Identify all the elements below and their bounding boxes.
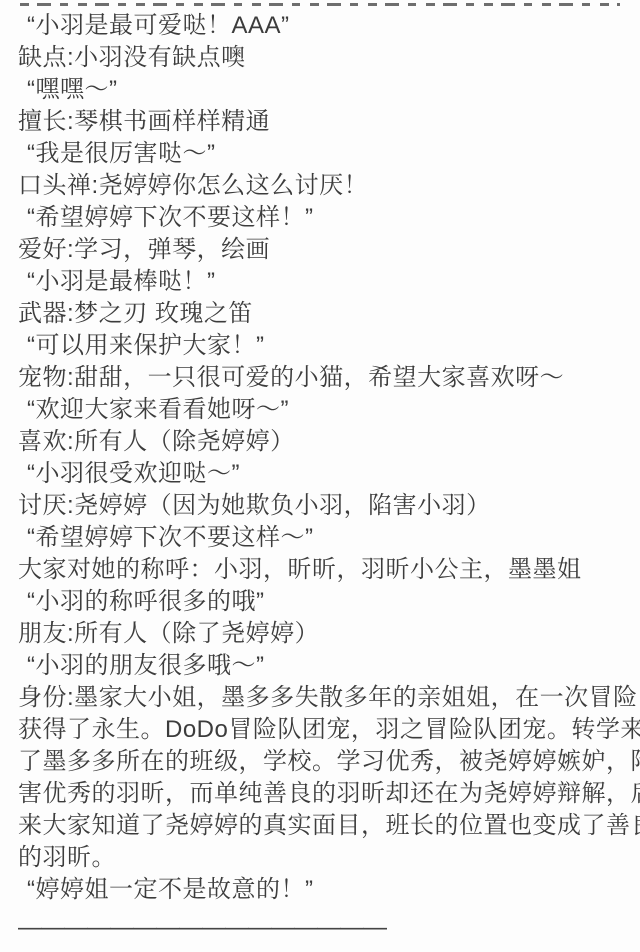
clipped-text-fragments [20, 3, 620, 6]
attribute-line-skills: 擅长:琴棋书画样样精通 [0, 106, 640, 138]
attribute-line-pet: 宠物:甜甜，一只很可爱的小猫，希望大家喜欢呀～ [0, 362, 640, 394]
quote-line: “欢迎大家来看看她呀～” [0, 394, 640, 426]
attribute-line-nicknames: 大家对她的称呼：小羽，昕昕，羽昕小公主，墨墨姐 [0, 554, 640, 586]
quote-line: “可以用来保护大家！” [0, 330, 640, 362]
identity-paragraph-line: 的羽昕。 [0, 842, 640, 874]
attribute-line-dislikes: 讨厌:尧婷婷（因为她欺负小羽，陷害小羽） [0, 490, 640, 522]
profile-text-page: “小羽是最可爱哒！AAA” 缺点:小羽没有缺点噢 “嘿嘿～” 擅长:琴棋书画样样… [0, 0, 640, 952]
quote-line: “婷婷姐一定不是故意的！” [0, 874, 640, 906]
identity-paragraph-line: 害优秀的羽昕，而单纯善良的羽昕却还在为尧婷婷辩解，后 [0, 778, 640, 810]
quote-line: “小羽很受欢迎哒～” [0, 458, 640, 490]
clipped-top-line [0, 0, 640, 10]
quote-line: “小羽是最棒哒！” [0, 266, 640, 298]
quote-line: “希望婷婷下次不要这样～” [0, 522, 640, 554]
quote-line: “小羽的朋友很多哦～” [0, 650, 640, 682]
attribute-line-weakness: 缺点:小羽没有缺点噢 [0, 42, 640, 74]
quote-line: “希望婷婷下次不要这样！” [0, 202, 640, 234]
attribute-line-hobbies: 爱好:学习，弹琴，绘画 [0, 234, 640, 266]
identity-paragraph-line: 了墨多多所在的班级，学校。学习优秀，被尧婷婷嫉妒，陷 [0, 746, 640, 778]
divider-line: ———————————————— [0, 912, 640, 944]
identity-paragraph-line: 身份:墨家大小姐，墨多多失散多年的亲姐姐，在一次冒险中 [0, 682, 640, 714]
attribute-line-weapons: 武器:梦之刃 玫瑰之笛 [0, 298, 640, 330]
quote-line: “小羽的称呼很多的哦” [0, 586, 640, 618]
attribute-line-likes: 喜欢:所有人（除尧婷婷） [0, 426, 640, 458]
identity-paragraph-line: 获得了永生。DoDo冒险队团宠，羽之冒险队团宠。转学来到 [0, 714, 640, 746]
attribute-line-catchphrase: 口头禅:尧婷婷你怎么这么讨厌！ [0, 170, 640, 202]
attribute-line-friends: 朋友:所有人（除了尧婷婷） [0, 618, 640, 650]
quote-line: “我是很厉害哒～” [0, 138, 640, 170]
identity-paragraph-line: 来大家知道了尧婷婷的真实面目，班长的位置也变成了善良 [0, 810, 640, 842]
quote-line: “嘿嘿～” [0, 74, 640, 106]
quote-line: “小羽是最可爱哒！AAA” [0, 10, 640, 42]
